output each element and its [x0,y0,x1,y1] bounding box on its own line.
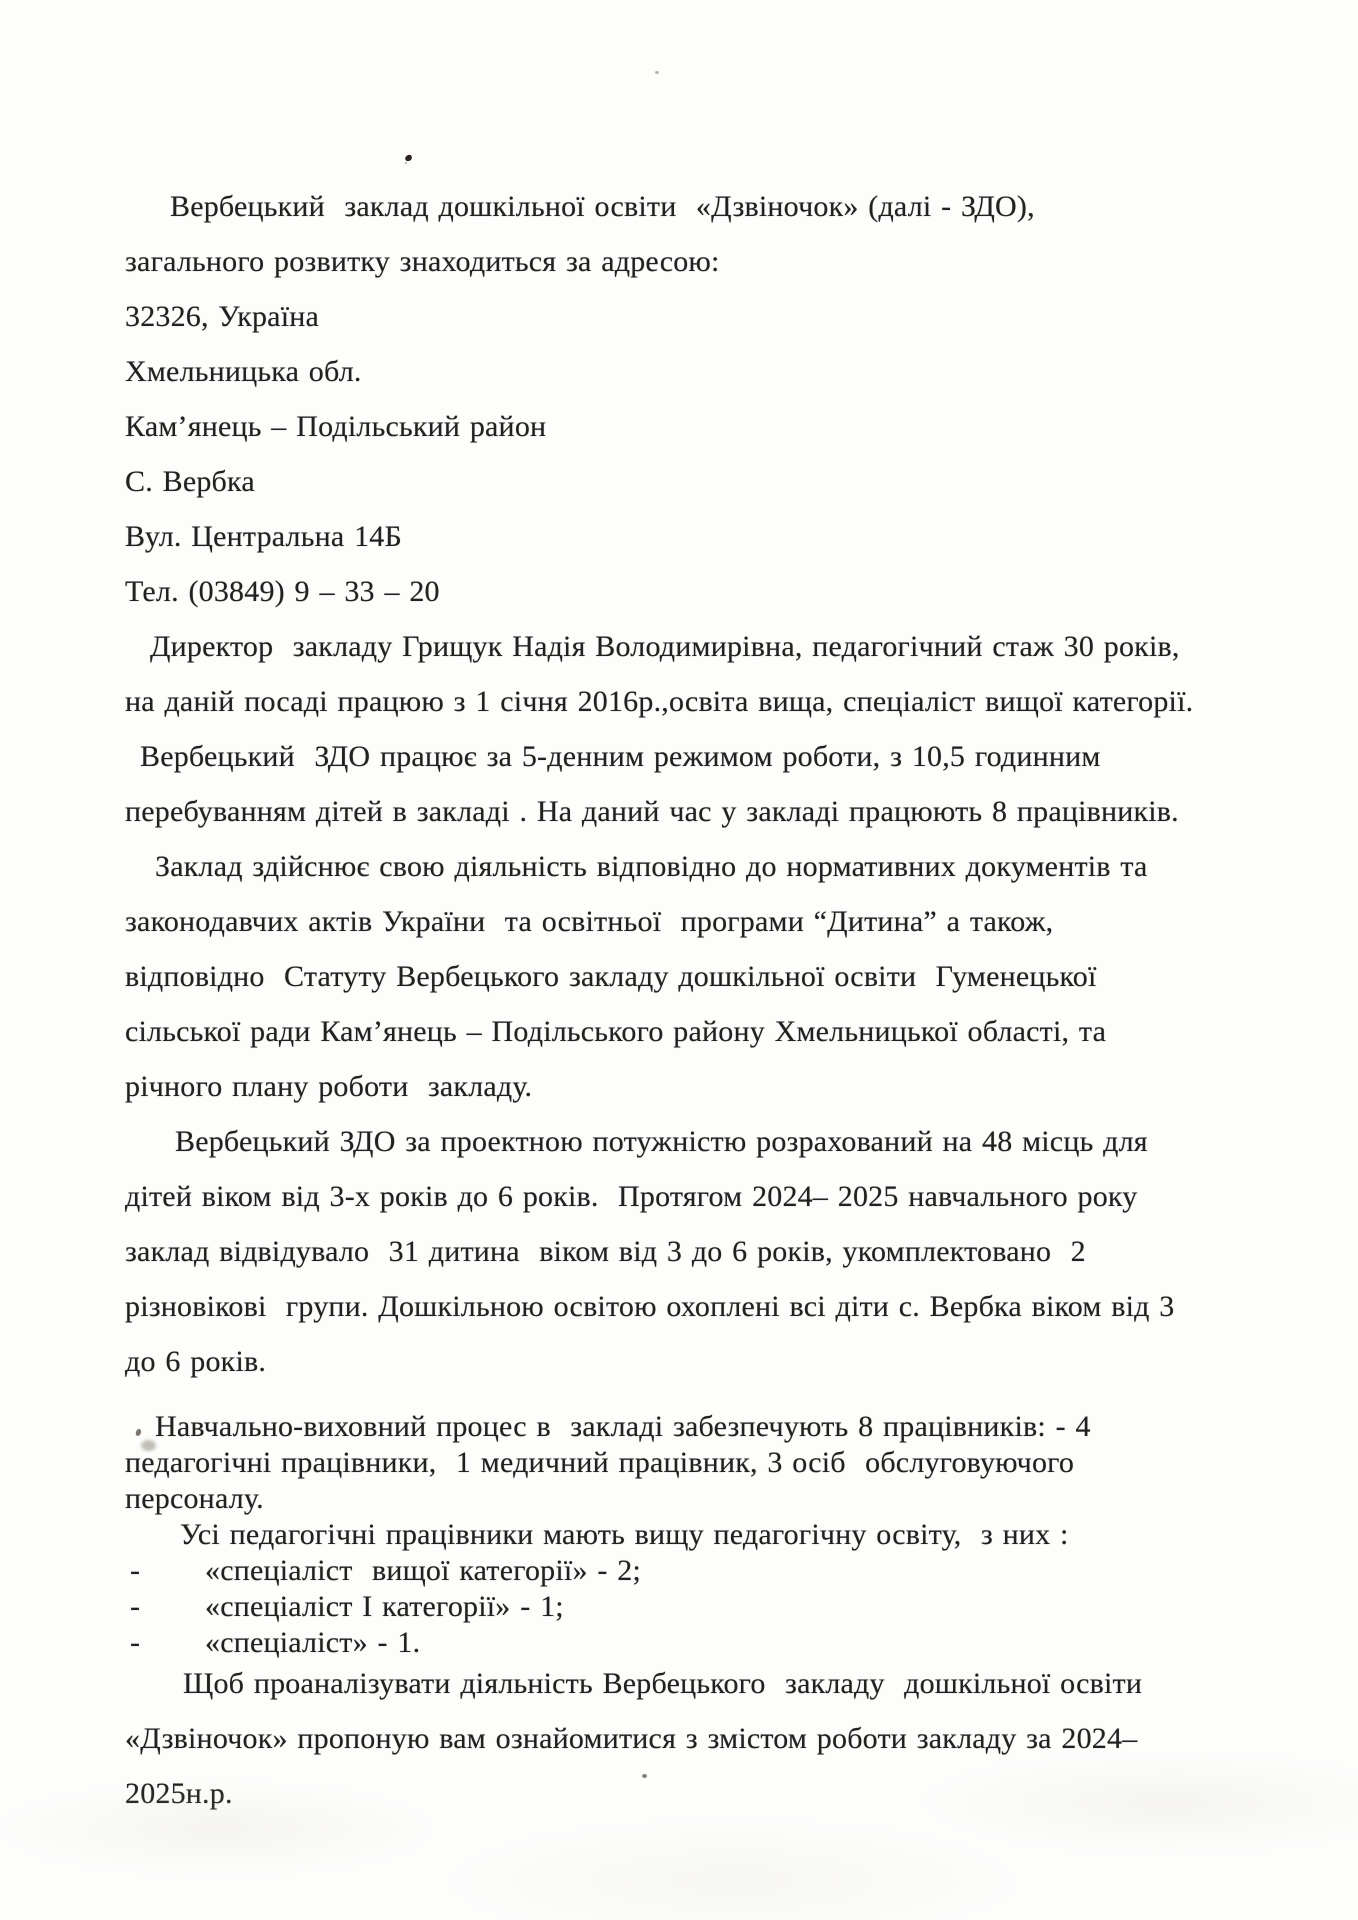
text-line: «Дзвіночок» пропоную вам ознайомитися з … [125,1711,1265,1766]
list-item-text: «спеціаліст І категорії» - 1; [205,1590,564,1623]
text-line: дітей віком від 3-х років до 6 років. Пр… [125,1169,1265,1224]
text-line: Усі педагогічні працівники мають вищу пе… [125,1517,1265,1553]
list-item-dash: - [130,1553,205,1589]
list-item-dash: - [130,1589,205,1625]
text-line: Навчально-виховний процес в закладі забе… [125,1409,1265,1445]
paragraph-group-main: Вербецький заклад дошкільної освіти «Дзв… [125,179,1265,1389]
text-line: сільської ради Кам’янець – Подільського … [125,1004,1265,1059]
scan-speck [642,1774,647,1778]
list-item: -«спеціаліст вищої категорії» - 2; [125,1553,1265,1589]
text-line: Вербецький ЗДО за проектною потужністю р… [125,1114,1265,1169]
text-line: 2025н.р. [125,1766,1265,1821]
text-line: Заклад здійснює свою діяльність відповід… [125,839,1265,894]
scan-speck [655,71,659,74]
text-line: на даній посаді працюю з 1 січня 2016р.,… [125,674,1265,729]
text-line: різновікові групи. Дошкільною освітою ох… [125,1279,1265,1334]
text-line: перебуванням дітей в закладі . На даний … [125,784,1265,839]
text-line: Вербецький ЗДО працює за 5-денним режимо… [125,729,1265,784]
address-line-district: Кам’янець – Подільський район [125,399,1265,454]
address-line-street: Вул. Центральна 14Б [125,509,1265,564]
address-line-region: Хмельницька обл. [125,344,1265,399]
text-line: Щоб проаналізувати діяльність Вербецьког… [125,1656,1265,1711]
text-line: до 6 років. [125,1334,1265,1389]
list-item-text: «спеціаліст» - 1. [205,1626,420,1659]
director-line: Директор закладу Грищук Надія Володимирі… [125,619,1265,674]
text-line: річного плану роботи закладу. [125,1059,1265,1114]
paragraph-group-closing: Щоб проаналізувати діяльність Вербецьког… [125,1656,1265,1821]
phone-line: Тел. (03849) 9 – 33 – 20 [125,564,1265,619]
address-line-postcode: 32326, Україна [125,289,1265,344]
text-line: персоналу. [125,1481,1265,1517]
text-line: законодавчих актів України та освітньої … [125,894,1265,949]
text-line: відповідно Статуту Вербецького закладу д… [125,949,1265,1004]
text-line: педагогічні працівники, 1 медичний праці… [125,1445,1265,1481]
address-line-village: С. Вербка [125,454,1265,509]
scan-smudge [141,1440,156,1451]
text-line: загального розвитку знаходиться за адрес… [125,234,1265,289]
institution-title-line: Вербецький заклад дошкільної освіти «Дзв… [125,179,1265,234]
paragraph-group-staff: Навчально-виховний процес в закладі забе… [125,1409,1265,1661]
scanned-letter-text: Вербецький заклад дошкільної освіти «Дзв… [125,0,1265,1821]
list-item: -«спеціаліст І категорії» - 1; [125,1589,1265,1625]
text-line: заклад відвідувало 31 дитина віком від 3… [125,1224,1265,1279]
list-item-text: «спеціаліст вищої категорії» - 2; [205,1554,641,1587]
scanned-page: Вербецький заклад дошкільної освіти «Дзв… [0,0,1358,1920]
